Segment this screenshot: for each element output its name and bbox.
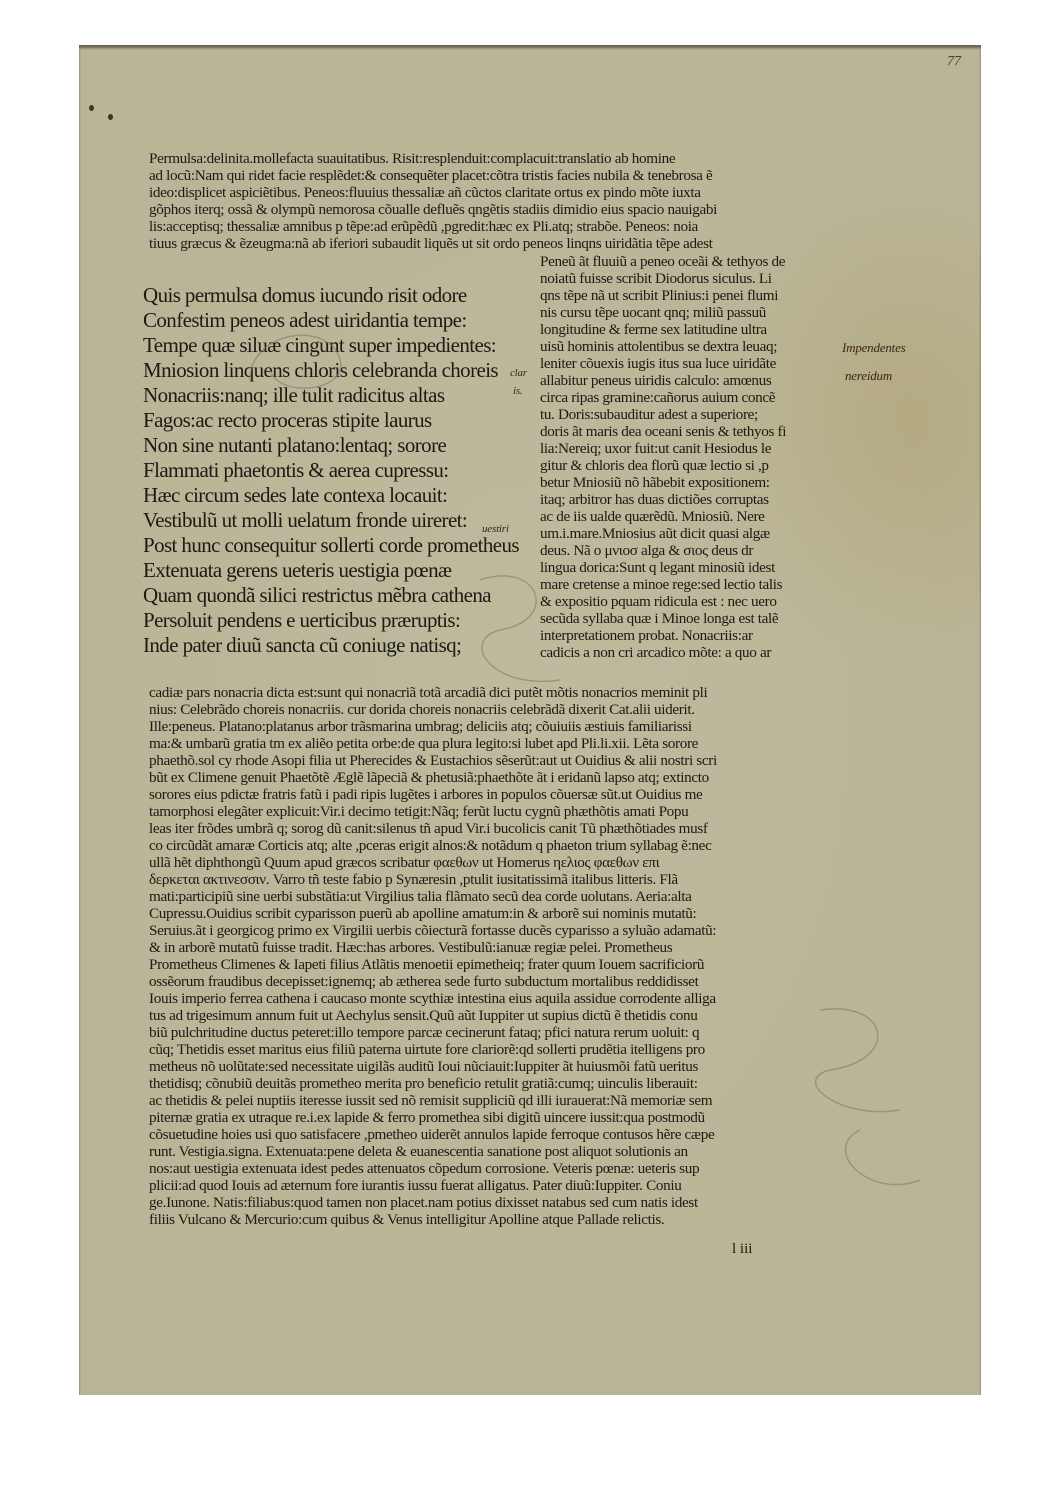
commentary-line: tiuus græcus & ẽzeugma:nã ab iferiori su… <box>149 235 717 252</box>
commentary-line: noiatũ fuisse scribit Diodorus siculus. … <box>540 270 786 287</box>
ink-spot <box>89 105 94 111</box>
commentary-line: uisũ hominis attolentibus se dextra leua… <box>540 338 786 355</box>
commentary-line: um.i.mare.Mniosius aũt dicit quasi algæ <box>540 525 786 542</box>
commentary-line: circa ripas gramine:cañorus auium concẽ <box>540 389 786 406</box>
commentary-line: betur Mniosiũ nõ hãbebit expositionem: <box>540 474 786 491</box>
verse-line: Mniosion linquens chloris celebranda cho… <box>143 358 519 383</box>
commentary-line: secũda syllaba quæ i Minoe longa est tal… <box>540 610 786 627</box>
commentary-line: Permulsa:delinita.mollefacta suauitatibu… <box>149 150 717 167</box>
side-commentary: Peneũ ãt fluuiũ a peneo oceãi & tethyos … <box>540 253 786 661</box>
marginal-note-nereidum: nereidum <box>845 368 892 384</box>
commentary-line: Seruius.ãt i georgicog primo ex Virgilii… <box>149 922 717 939</box>
bottom-commentary: cadiæ pars nonacria dicta est:sunt qui n… <box>149 684 717 1228</box>
commentary-line: ullã hẽt diphthongũ Quum apud græcos scr… <box>149 854 717 871</box>
commentary-line: longitudine & ferme sex latitudine ultra <box>540 321 786 338</box>
commentary-line: filiis Vulcano & Mercurio:cum quibus & V… <box>149 1211 717 1228</box>
commentary-line: ac thetidis & pelei nuptiis iteresse ius… <box>149 1092 717 1109</box>
commentary-line: qns tẽpe nã ut scribit Plinius:i penei f… <box>540 287 786 304</box>
commentary-line: sorores eius pdictæ fratris fatũ i padi … <box>149 786 717 803</box>
commentary-line: ossẽorum fraudibus decepisset:ignemq; ab… <box>149 973 717 990</box>
commentary-line: tamorphosi elegãter explicuit:Vir.i deci… <box>149 803 717 820</box>
commentary-line: cõsuetudine hoies usi quo satisfacere ,p… <box>149 1126 717 1143</box>
commentary-line: mati:participiũ sine uerbi substãtia:ut … <box>149 888 717 905</box>
folio-number: 77 <box>947 54 961 70</box>
commentary-line: lia:Nereiq; uxor fuit:ut canit Hesiodus … <box>540 440 786 457</box>
commentary-line: thetidisq; cõnubiũ deuitãs prometheo mer… <box>149 1075 717 1092</box>
verse-line: Tempe quæ siluæ cingunt super impediente… <box>143 333 519 358</box>
commentary-line: gitur & chloris dea florũ quæ lectio si … <box>540 457 786 474</box>
commentary-line: ideo:displicet aspiciẽtibus. Peneos:fluu… <box>149 184 717 201</box>
top-commentary: Permulsa:delinita.mollefacta suauitatibu… <box>149 150 717 252</box>
commentary-line: itaq; arbitror has duas dictiões corrupt… <box>540 491 786 508</box>
verse-line: Quis permulsa domus iucundo risit odore <box>143 283 519 308</box>
commentary-line: biũ pulchritudine ductus peteret:illo te… <box>149 1024 717 1041</box>
commentary-line: nius: Celebrãdo choreis nonacriis. cur d… <box>149 701 717 718</box>
commentary-line: Peneũ ãt fluuiũ a peneo oceãi & tethyos … <box>540 253 786 270</box>
commentary-line: interpretationem probat. Nonacriis:ar <box>540 627 786 644</box>
verse-line: Flammati phaetontis & aerea cupressu: <box>143 458 519 483</box>
commentary-line: tus ad trigesimum annum fuit ut Aechylus… <box>149 1007 717 1024</box>
commentary-line: deus. Nã ο μνιοσ alga & σιος deus dr <box>540 542 786 559</box>
commentary-line: doris ãt maris dea oceani senis & tethyo… <box>540 423 786 440</box>
verse-line: Confestim peneos adest uiridantia tempe: <box>143 308 519 333</box>
commentary-line: lis:acceptisq; thessaliæ amnibus p tẽpe:… <box>149 218 717 235</box>
commentary-line: Cupressu.Ouidius scribit cyparisson puer… <box>149 905 717 922</box>
commentary-line: ac de iis ualde quærẽdũ. Mniosiũ. Nere <box>540 508 786 525</box>
commentary-line: bũt ex Climene genuit Phaetõtẽ Æglẽ lãpe… <box>149 769 717 786</box>
commentary-line: δερκεται ακτινεσσιν. Varro tñ teste fabi… <box>149 871 717 888</box>
commentary-line: allabitur peneus uiridis calculo: amœnus <box>540 372 786 389</box>
verse-line: Nonacriis:nanq; ille tulit radicitus alt… <box>143 383 519 408</box>
marginal-note-clar: clar <box>510 367 527 379</box>
commentary-line: Prometheus Climenes & Iapeti filius Atlã… <box>149 956 717 973</box>
verse-line: Extenuata gerens ueteris uestigia pœnæ <box>143 558 519 583</box>
commentary-line: gõphos iterq; ossã & olympũ nemorosa cõu… <box>149 201 717 218</box>
ink-spot <box>108 114 113 120</box>
verse-line: Inde pater diuũ sancta cũ coniuge natisq… <box>143 633 519 658</box>
commentary-line: runt. Vestigia.signa. Extenuata:pene del… <box>149 1143 717 1160</box>
commentary-line: leas iter frõdes umbrã q; sorog dũ canit… <box>149 820 717 837</box>
commentary-line: ad locũ:Nam qui ridet facie resplẽdet:& … <box>149 167 717 184</box>
commentary-line: nis cursu tẽpe uocant qnq; miliũ passuũ <box>540 304 786 321</box>
commentary-line: & in arborẽ mutatũ fuisse tradit. Hæc:ha… <box>149 939 717 956</box>
verse-line: Vestibulũ ut molli uelatum fronde uirere… <box>143 508 519 533</box>
verse-line: Hæc circum sedes late contexa locauit: <box>143 483 519 508</box>
commentary-line: ge.Iunone. Natis:filiabus:quod tamen non… <box>149 1194 717 1211</box>
commentary-line: metheus nõ uolũtate:sed necessitate uigi… <box>149 1058 717 1075</box>
signature-mark: l iii <box>732 1241 752 1258</box>
poem-verses: Quis permulsa domus iucundo risit odore … <box>143 283 519 658</box>
commentary-line: nos:aut uestigia extenuata idest pedes a… <box>149 1160 717 1177</box>
marginal-note-is: is. <box>513 385 523 397</box>
verse-line: Persoluit pendens e uerticibus præruptis… <box>143 608 519 633</box>
commentary-line: plicii:ad quod Iouis ad æternum fore iur… <box>149 1177 717 1194</box>
commentary-line: piternæ gratia ex utraque re.i.ex lapide… <box>149 1109 717 1126</box>
commentary-line: cũq; Thetidis esset maritus eius filiũ p… <box>149 1041 717 1058</box>
commentary-line: cadicis a non cri arcadico mõte: a quo a… <box>540 644 786 661</box>
verse-line: Post hunc consequitur sollerti corde pro… <box>143 533 519 558</box>
marginal-note-uestiri: uestiri <box>482 523 509 535</box>
commentary-line: co circũdãt amaræ Corticis atq; alte ,pc… <box>149 837 717 854</box>
commentary-line: tu. Doris:subauditur adest a superiore; <box>540 406 786 423</box>
commentary-line: Iouis imperio ferrea cathena i caucaso m… <box>149 990 717 1007</box>
commentary-line: Ille:peneus. Platano:platanus arbor trãs… <box>149 718 717 735</box>
commentary-line: & expositio pquam ridicula est : nec uer… <box>540 593 786 610</box>
commentary-line: leniter cõuexis iugis itus sua luce uiri… <box>540 355 786 372</box>
verse-line: Non sine nutanti platano:lentaq; sorore <box>143 433 519 458</box>
marginal-note-impendentes: Impendentes <box>842 340 906 356</box>
verse-line: Quam quondã silici restrictus mẽbra cath… <box>143 583 519 608</box>
commentary-line: mare cretense a minoe rege:sed lectio ta… <box>540 576 786 593</box>
commentary-line: cadiæ pars nonacria dicta est:sunt qui n… <box>149 684 717 701</box>
commentary-line: ma:& umbarũ gratia tm ex aliẽo petita or… <box>149 735 717 752</box>
commentary-line: phaethõ.sol cy rhode Asopi filia ut Pher… <box>149 752 717 769</box>
commentary-line: lingua dorica:Sunt q legant minosiũ ides… <box>540 559 786 576</box>
verse-line: Fagos:ac recto proceras stipite laurus <box>143 408 519 433</box>
